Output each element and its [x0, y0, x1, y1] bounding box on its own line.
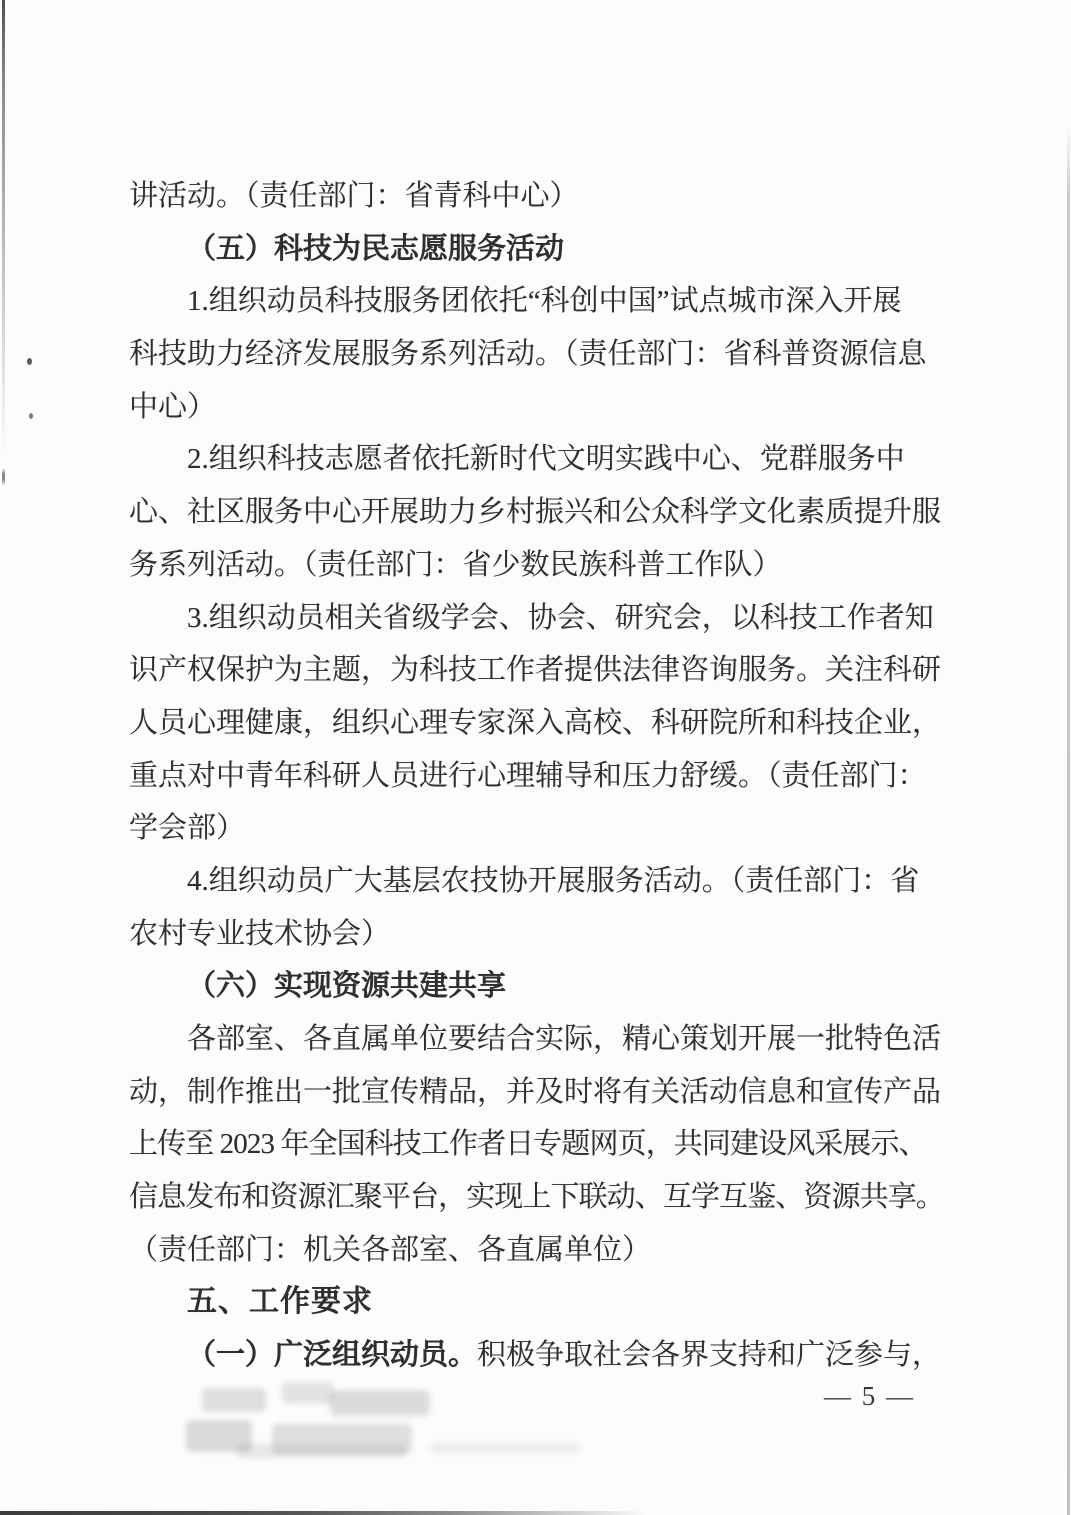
ink-speck [29, 413, 33, 419]
section-heading-five: （五）科技为民志愿服务活动 [129, 223, 945, 276]
bleed-through-mark [186, 1420, 252, 1452]
doc-line-20: 信息发布和资源汇聚平台，实现上下联动、互学互鉴、资源共享。 [129, 1171, 945, 1224]
clause-body-text: 积极争取社会各界支持和广泛参与， [477, 1339, 941, 1371]
scan-right-edge-line [1067, 128, 1070, 1515]
bleed-through-mark [282, 1382, 334, 1404]
doc-line-19: 上传至 2023 年全国科技工作者日专题网页，共同建设风采展示、 [129, 1118, 945, 1171]
doc-line-12: 重点对中青年科研人员进行心理辅导和压力舒缓。（责任部门： [129, 750, 945, 803]
doc-line-4: 科技助力经济发展服务系列活动。（责任部门：省科普资源信息 [129, 328, 945, 381]
doc-line-15: 农村专业技术协会） [129, 908, 945, 961]
doc-line-11: 人员心理健康，组织心理专家深入高校、科研院所和科技企业， [129, 697, 945, 750]
doc-line-1: 讲活动。（责任部门：省青科中心） [129, 170, 945, 223]
ink-speck [27, 358, 32, 365]
doc-line-10: 识产权保护为主题，为科技工作者提供法律咨询服务。关注科研 [129, 644, 945, 697]
doc-line-17: 各部室、各直属单位要结合实际，精心策划开展一批特色活 [129, 1013, 945, 1066]
bleed-through-mark [272, 1424, 412, 1454]
bleed-through-mark [236, 1444, 406, 1458]
bleed-through-mark [330, 1390, 430, 1416]
doc-line-9: 3.组织动员相关省级学会、协会、研究会，以科技工作者知 [129, 592, 945, 645]
doc-line-13: 学会部） [129, 802, 945, 855]
doc-line-3: 1.组织动员科技服务团依托“科创中国”试点城市深入开展 [129, 275, 945, 328]
doc-line-18: 动，制作推出一批宣传精品，并及时将有关活动信息和宣传产品 [129, 1066, 945, 1119]
section-heading-six: （六）实现资源共建共享 [129, 960, 945, 1013]
bleed-through-mark [430, 1442, 580, 1454]
doc-line-23: （一）广泛组织动员。积极争取社会各界支持和广泛参与， [129, 1329, 945, 1382]
doc-line-8: 务系列活动。（责任部门：省少数民族科普工作队） [129, 539, 945, 592]
heading-work-requirements: 五、工作要求 [129, 1276, 945, 1329]
bleed-through-mark [202, 1388, 266, 1412]
doc-line-21: （责任部门：机关各部室、各直属单位） [129, 1224, 945, 1277]
document-body: 讲活动。（责任部门：省青科中心） （五）科技为民志愿服务活动 1.组织动员科技服… [129, 170, 945, 1382]
clause-lead-label: （一）广泛组织动员。 [187, 1339, 477, 1371]
scan-left-edge-line [2, 0, 5, 585]
page-number: — 5 — [824, 1381, 915, 1412]
doc-line-14: 4.组织动员广大基层农技协开展服务活动。（责任部门：省 [129, 855, 945, 908]
document-page: 讲活动。（责任部门：省青科中心） （五）科技为民志愿服务活动 1.组织动员科技服… [0, 0, 1071, 1515]
doc-line-5: 中心） [129, 381, 945, 434]
doc-line-6: 2.组织科技志愿者依托新时代文明实践中心、党群服务中 [129, 433, 945, 486]
scan-bottom-edge-line [0, 1511, 648, 1515]
doc-line-7: 心、社区服务中心开展助力乡村振兴和公众科学文化素质提升服 [129, 486, 945, 539]
